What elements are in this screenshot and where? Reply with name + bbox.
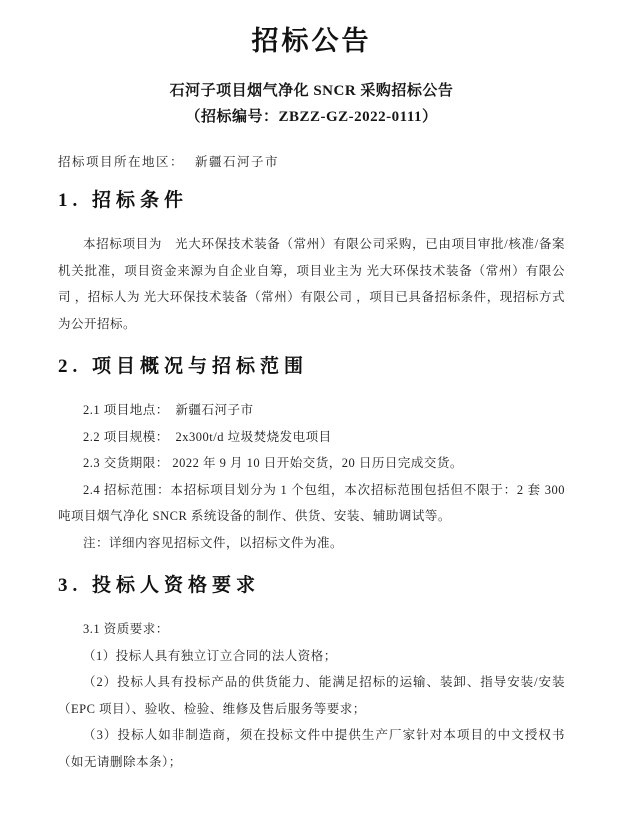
doc-subtitle-block: 石河子项目烟气净化 SNCR 采购招标公告 （招标编号：ZBZZ-GZ-2022…: [58, 78, 565, 130]
item-project-scale: 2.2 项目规模： 2x300t/d 垃圾焚烧发电项目: [58, 424, 565, 451]
section-heading-1: 1. 招标条件: [58, 189, 565, 213]
item-qualification-requirements: 3.1 资质要求：: [58, 616, 565, 643]
item-project-location: 2.1 项目地点： 新疆石河子市: [58, 397, 565, 424]
section-project-overview: 2. 项目概况与招标范围 2.1 项目地点： 新疆石河子市 2.2 项目规模： …: [58, 355, 565, 556]
region-label: 招标项目所在地区：: [58, 155, 184, 169]
doc-subtitle: 石河子项目烟气净化 SNCR 采购招标公告: [58, 78, 565, 104]
item-qualification-1: （1）投标人具有独立订立合同的法人资格；: [58, 643, 565, 670]
section-heading-3: 3. 投标人资格要求: [58, 574, 565, 598]
item-qualification-2: （2）投标人具有投标产品的供货能力、能满足招标的运输、装卸、指导安装/安装（EP…: [58, 669, 565, 722]
region-line: 招标项目所在地区：新疆石河子市: [58, 154, 565, 171]
section-bidder-qualifications: 3. 投标人资格要求 3.1 资质要求： （1）投标人具有独立订立合同的法人资格…: [58, 574, 565, 775]
section-tender-conditions: 1. 招标条件 本招标项目为 光大环保技术装备（常州）有限公司采购，已由项目审批…: [58, 189, 565, 337]
item-tender-scope: 2.4 招标范围：本招标项目划分为 1 个包组，本次招标范围包括但不限于：2 套…: [58, 477, 565, 530]
item-qualification-3: （3）投标人如非制造商，须在投标文件中提供生产厂家针对本项目的中文授权书（如无请…: [58, 722, 565, 775]
item-delivery-deadline: 2.3 交货期限： 2022 年 9 月 10 日开始交货，20 日历日完成交货…: [58, 450, 565, 477]
doc-title: 招标公告: [58, 22, 565, 60]
tender-number: （招标编号：ZBZZ-GZ-2022-0111）: [58, 104, 565, 130]
para-tender-conditions: 本招标项目为 光大环保技术装备（常州）有限公司采购，已由项目审批/核准/备案机关…: [58, 231, 565, 337]
document-page: 招标公告 石河子项目烟气净化 SNCR 采购招标公告 （招标编号：ZBZZ-GZ…: [0, 0, 621, 816]
region-value: 新疆石河子市: [195, 155, 279, 169]
item-note: 注：详细内容见招标文件，以招标文件为准。: [58, 530, 565, 557]
section-heading-2: 2. 项目概况与招标范围: [58, 355, 565, 379]
